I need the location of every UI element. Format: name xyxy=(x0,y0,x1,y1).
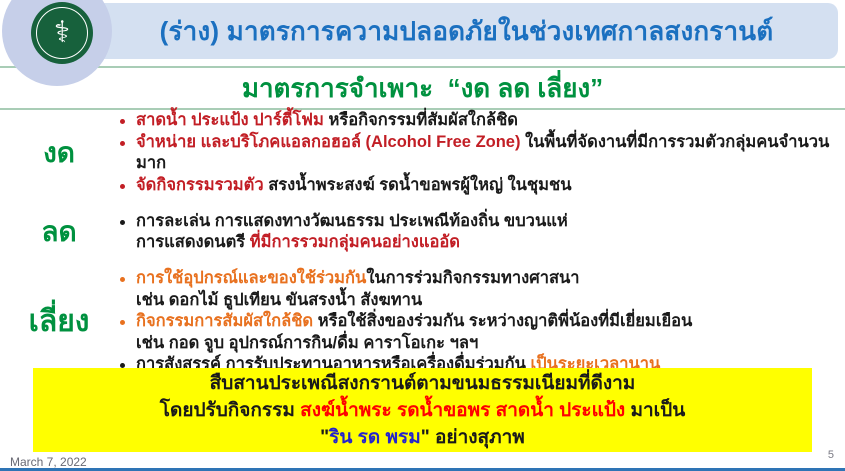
bullet-line: จัดกิจกรรมรวมตัว สรงน้ำพระสงฆ์ รดน้ำขอพร… xyxy=(136,175,837,197)
text-segment: เช่น กอด จูบ อุปกรณ์การกิน/ดื่ม คาราโอเก… xyxy=(136,334,478,352)
bullet-lines: กิจกรรมการสัมผัสใกล้ชิด หรือใช้สิ่งของร่… xyxy=(136,311,837,354)
text-segment: เช่น ดอกไม้ ธูปเทียน ขันสรงน้ำ สังฆทาน xyxy=(136,291,422,309)
section-bullets: การละเล่น การแสดงทางวัฒนธรรม ประเพณีท้อง… xyxy=(118,211,845,254)
highlight-line: สืบสานประเพณีสงกรานต์ตามขนมธรรมเนียมที่ด… xyxy=(210,370,636,397)
text-segment: การแสดงดนตรี xyxy=(136,233,250,251)
ministry-of-public-health-logo: ⚕ xyxy=(31,2,93,64)
header-banner: (ร่าง) มาตรการความปลอดภัยในช่วงเทศกาลสงก… xyxy=(95,3,838,59)
summary-highlight-box: สืบสานประเพณีสงกรานต์ตามขนมธรรมเนียมที่ด… xyxy=(33,368,812,452)
bullet-line: เช่น กอด จูบ อุปกรณ์การกิน/ดื่ม คาราโอเก… xyxy=(136,333,837,355)
text-segment: การละเล่น การแสดงทางวัฒนธรรม ประเพณีท้อง… xyxy=(136,212,568,230)
highlight-line: โดยปรับกิจกรรม สงฆ์น้ำพระ รดน้ำขอพร สาดน… xyxy=(160,397,685,424)
bullet-lines: สาดน้ำ ประแป้ง ปาร์ตี้โฟม หรือกิจกรรมที่… xyxy=(136,110,837,132)
text-segment: หรือกิจกรรมที่สัมผัสใกล้ชิด xyxy=(324,111,518,129)
page-title: (ร่าง) มาตรการความปลอดภัยในช่วงเทศกาลสงก… xyxy=(160,11,774,52)
text-segment: การใช้อุปกรณ์และของใช้ร่วมกัน xyxy=(136,269,366,287)
text-segment: " xyxy=(320,427,329,448)
bullet-lines: จำหน่าย และบริโภคแอลกอฮอล์ (Alcohol Free… xyxy=(136,132,837,175)
text-segment: มาเป็น xyxy=(625,400,685,421)
text-segment: จัดกิจกรรมรวมตัว xyxy=(136,176,264,194)
section-row: เลี่ยงการใช้อุปกรณ์และของใช้ร่วมกันในการ… xyxy=(0,268,845,376)
measures-sections: งดสาดน้ำ ประแป้ง ปาร์ตี้โฟม หรือกิจกรรมท… xyxy=(0,110,845,376)
section-row: ลดการละเล่น การแสดงทางวัฒนธรรม ประเพณีท้… xyxy=(0,210,845,254)
text-segment: จำหน่าย และบริโภคแอลกอฮอล์ (Alcohol Free… xyxy=(136,133,520,151)
text-segment: " อย่างสุภาพ xyxy=(421,427,525,448)
page-number: 5 xyxy=(828,449,834,461)
highlight-line: "ริน รด พรม" อย่างสุภาพ xyxy=(320,424,525,451)
bullet-line: การใช้อุปกรณ์และของใช้ร่วมกันในการร่วมกิ… xyxy=(136,268,837,290)
bullet-lines: การใช้อุปกรณ์และของใช้ร่วมกันในการร่วมกิ… xyxy=(136,268,837,311)
text-segment: ที่มีการรวมกลุ่มคนอย่างแออัด xyxy=(250,233,460,251)
bullet-line: เช่น ดอกไม้ ธูปเทียน ขันสรงน้ำ สังฆทาน xyxy=(136,290,837,312)
bullet-item: จัดกิจกรรมรวมตัว สรงน้ำพระสงฆ์ รดน้ำขอพร… xyxy=(118,175,837,197)
bullet-item: การละเล่น การแสดงทางวัฒนธรรม ประเพณีท้อง… xyxy=(118,211,837,254)
text-segment: สงฆ์น้ำพระ รดน้ำขอพร สาดน้ำ ประแป้ง xyxy=(300,400,625,421)
slide: (ร่าง) มาตรการความปลอดภัยในช่วงเทศกาลสงก… xyxy=(0,0,845,471)
bullet-dot xyxy=(120,277,125,282)
slide-subtitle: มาตรการจำเพาะ “งด ลด เลี่ยง” xyxy=(0,69,845,107)
text-segment: ในการร่วมกิจกรรมทางศาสนา xyxy=(366,269,579,287)
text-segment: โดยปรับกิจกรรม xyxy=(160,400,300,421)
text-segment: กิจกรรมการสัมผัสใกล้ชิด xyxy=(136,312,313,330)
section-label: ลด xyxy=(0,210,118,254)
bullet-dot xyxy=(120,184,125,189)
text-segment: สืบสานประเพณีสงกรานต์ตามขนมธรรมเนียมที่ด… xyxy=(210,373,636,394)
section-bullets: การใช้อุปกรณ์และของใช้ร่วมกันในการร่วมกิ… xyxy=(118,268,845,376)
bullet-item: จำหน่าย และบริโภคแอลกอฮอล์ (Alcohol Free… xyxy=(118,132,837,175)
bullet-item: การใช้อุปกรณ์และของใช้ร่วมกันในการร่วมกิ… xyxy=(118,268,837,311)
text-segment: สรงน้ำพระสงฆ์ รดน้ำขอพรผู้ใหญ่ ในชุมชน xyxy=(264,176,572,194)
bullet-line: การแสดงดนตรี ที่มีการรวมกลุ่มคนอย่างแออั… xyxy=(136,232,837,254)
bullet-line: กิจกรรมการสัมผัสใกล้ชิด หรือใช้สิ่งของร่… xyxy=(136,311,837,333)
text-segment: หรือใช้สิ่งของร่วมกัน ระหว่างญาติพี่น้อง… xyxy=(313,312,692,330)
text-segment: ริน รด พรม xyxy=(329,427,421,448)
bullet-dot xyxy=(120,320,125,325)
section-label: เลี่ยง xyxy=(0,298,118,345)
bullet-item: สาดน้ำ ประแป้ง ปาร์ตี้โฟม หรือกิจกรรมที่… xyxy=(118,110,837,132)
section-row: งดสาดน้ำ ประแป้ง ปาร์ตี้โฟม หรือกิจกรรมท… xyxy=(0,110,845,196)
footer-date: March 7, 2022 xyxy=(10,455,87,469)
section-label: งด xyxy=(0,131,118,175)
bullet-line: จำหน่าย และบริโภคแอลกอฮอล์ (Alcohol Free… xyxy=(136,132,837,175)
bullet-dot xyxy=(120,220,125,225)
bullet-lines: การละเล่น การแสดงทางวัฒนธรรม ประเพณีท้อง… xyxy=(136,211,837,254)
bullet-line: การละเล่น การแสดงทางวัฒนธรรม ประเพณีท้อง… xyxy=(136,211,837,233)
bullet-lines: จัดกิจกรรมรวมตัว สรงน้ำพระสงฆ์ รดน้ำขอพร… xyxy=(136,175,837,197)
bullet-line: สาดน้ำ ประแป้ง ปาร์ตี้โฟม หรือกิจกรรมที่… xyxy=(136,110,837,132)
section-bullets: สาดน้ำ ประแป้ง ปาร์ตี้โฟม หรือกิจกรรมที่… xyxy=(118,110,845,196)
text-segment: สาดน้ำ ประแป้ง ปาร์ตี้โฟม xyxy=(136,111,324,129)
bullet-dot xyxy=(120,141,125,146)
bullet-item: กิจกรรมการสัมผัสใกล้ชิด หรือใช้สิ่งของร่… xyxy=(118,311,837,354)
seal-ring xyxy=(36,7,88,59)
bullet-dot xyxy=(120,119,125,124)
